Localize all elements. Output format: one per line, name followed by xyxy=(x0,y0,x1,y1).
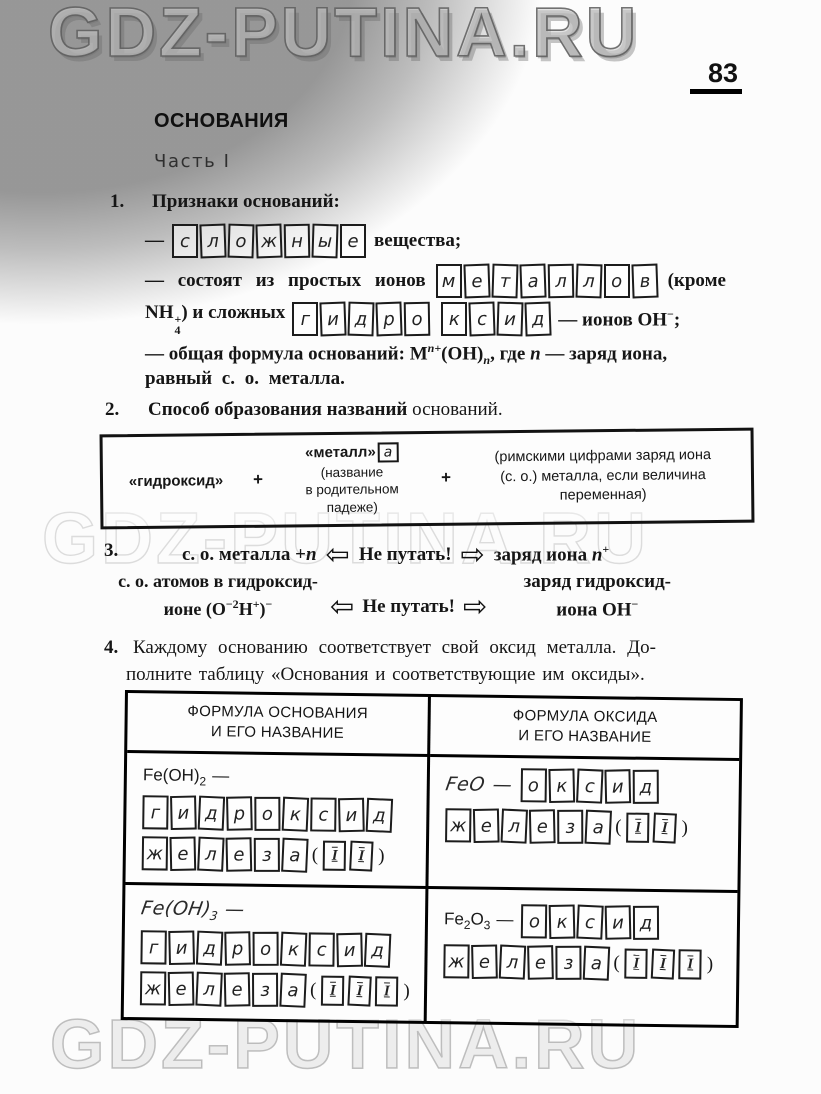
letter-box: д xyxy=(196,931,223,966)
letter-box: I xyxy=(321,976,344,1006)
answer-boxes-slozhnye: сложные xyxy=(172,224,366,258)
answer-boxes-zheleza-3: железа ( III ) xyxy=(140,971,416,1009)
letter-box: I xyxy=(679,950,702,980)
letter-box: I xyxy=(323,841,346,871)
naming-scheme-box: «гидроксид» + «металл»а (название в роди… xyxy=(100,428,755,530)
formula-feoh2: Fe(OH)2— xyxy=(143,765,419,791)
answer-boxes-ksid: ксид xyxy=(441,302,551,336)
letter-box: и xyxy=(320,302,347,337)
item3-row1-label: Не путать! xyxy=(359,544,452,566)
item1-line2: — состоят из простых ионов металлов (кро… xyxy=(145,264,726,298)
handwritten-feo-line: FeO — оксид xyxy=(446,767,731,805)
scheme-plus-2: + xyxy=(431,468,461,488)
item1-line2-text: — состоят из простых ионов xyxy=(145,270,426,292)
letter-box: д xyxy=(525,302,552,337)
letter-box: е xyxy=(529,809,556,844)
letter-box: к xyxy=(280,932,307,967)
item3-row1-right: заряд иона n+ xyxy=(494,542,609,566)
letter-box: д xyxy=(632,770,658,804)
letter-box: р xyxy=(224,931,251,966)
letter-box: р xyxy=(376,302,403,337)
letter-box: о xyxy=(521,905,547,939)
letter-box: и xyxy=(604,769,631,804)
letter-box: а xyxy=(281,838,308,873)
letter-box: л xyxy=(575,264,602,299)
answer-boxes-zheleza-2-right: железа ( II ) xyxy=(445,808,730,846)
table-cell-r2-oxide: Fe2O3— оксид железа ( III ) xyxy=(427,889,738,1025)
answer-boxes-gidroksid: гидроксид xyxy=(142,796,418,834)
letter-box: г xyxy=(142,796,168,830)
item4-text-line1: Каждому основанию соответствует свой окс… xyxy=(133,637,656,659)
letter-box: е xyxy=(527,946,554,981)
item1-line3-after: — ионов OH−; xyxy=(558,307,680,331)
roman-numeral-boxes: III xyxy=(320,976,399,1007)
letter-box: в xyxy=(631,264,658,299)
table-cell-r2-base: Fe(OH)3— гидроксид железа ( III ) xyxy=(124,885,429,1021)
letter-box: д xyxy=(366,798,393,833)
item3-row2-label: Не путать! xyxy=(362,596,455,618)
letter-box: о xyxy=(404,302,431,336)
letter-box: г xyxy=(292,302,318,336)
scheme-metal-block: «металл»а (название в родительном падеже… xyxy=(273,442,432,516)
roman-numeral-boxes: III xyxy=(624,949,703,980)
letter-box: е xyxy=(471,945,498,980)
letter-box: и xyxy=(170,796,197,831)
item4-number: 4. xyxy=(104,637,118,659)
item3-row2-left: с. о. атомов в гидроксид- ионе (O−2H+)− xyxy=(116,568,320,623)
item1-line1: — сложные вещества; xyxy=(145,224,461,258)
letter-box: е xyxy=(169,837,196,872)
letter-box: с xyxy=(469,302,496,337)
answer-boxes-metallov: металлов xyxy=(436,264,658,298)
item1-line3: NH+4) и сложных гидро ксид — ионов OH−; xyxy=(145,302,680,336)
table-cell-r1-oxide: FeO — оксид железа ( II ) xyxy=(428,757,739,893)
letter-box: ж xyxy=(443,945,469,979)
letter-box: с xyxy=(577,905,604,940)
letter-box: I xyxy=(375,976,398,1006)
page-title: ОСНОВАНИЯ xyxy=(154,110,289,133)
formula-fe2o3: Fe2O3— xyxy=(444,909,520,932)
item3-row2-right: заряд гидроксид- иона OH− xyxy=(497,568,697,623)
table-header-base: ФОРМУЛА ОСНОВАНИЯ И ЕГО НАЗВАНИЕ xyxy=(127,693,431,757)
scheme-plus-1: + xyxy=(243,470,273,490)
letter-box: о xyxy=(604,264,630,298)
right-arrow-icon: ⇨ xyxy=(463,592,487,621)
letter-box: н xyxy=(284,224,311,258)
letter-box: з xyxy=(555,946,581,980)
letter-box: л xyxy=(499,945,526,980)
letter-box: с xyxy=(308,933,334,967)
letter-box: т xyxy=(491,264,518,299)
scheme-metal-note1: (название xyxy=(273,463,431,482)
scheme-metal-title: «металл»а xyxy=(273,442,431,464)
item1-line5: равный с. о. металла. xyxy=(145,368,345,390)
letter-box: I xyxy=(653,813,677,844)
item2-heading: Способ образования названий оснований. xyxy=(148,399,503,421)
item1-line4: — общая формула оснований: Mn+(OH)n, где… xyxy=(145,341,667,368)
letter-box: л xyxy=(195,972,222,1007)
page-content: 83 ОСНОВАНИЯ Часть I 1. Признаки основан… xyxy=(0,0,821,1094)
scanned-workbook-page: GDZ-PUTINA.RU GDZ-PUTINA.RU GDZ-PUTINA.R… xyxy=(0,0,821,1094)
letter-box: к xyxy=(441,302,467,336)
letter-box: е xyxy=(473,808,500,843)
left-arrow-icon: ⇦ xyxy=(326,540,350,569)
item1-line1-text: вещества; xyxy=(374,230,461,252)
letter-box: р xyxy=(226,797,253,832)
letter-box: с xyxy=(576,769,603,804)
part-label: Часть I xyxy=(154,151,231,172)
bases-oxides-table: ФОРМУЛА ОСНОВАНИЯ И ЕГО НАЗВАНИЕ ФОРМУЛА… xyxy=(121,690,743,1028)
letter-box: д xyxy=(198,796,225,831)
letter-box: I xyxy=(348,976,372,1007)
letter-box: а xyxy=(519,264,546,299)
fe2o3-line: Fe2O3— оксид xyxy=(444,904,729,942)
scheme-metal-note2: в родительном xyxy=(273,480,431,499)
letter-box: I xyxy=(625,949,648,979)
letter-box: о xyxy=(520,768,546,802)
scheme-metal-note3: падеже) xyxy=(273,497,431,516)
letter-box: о xyxy=(227,224,254,259)
letter-box: ы xyxy=(311,224,338,259)
item3-row2: с. о. атомов в гидроксид- ионе (O−2H+)− … xyxy=(116,568,697,623)
letter-box: с xyxy=(172,224,198,258)
letter-box: ж xyxy=(255,224,282,259)
item2-number: 2. xyxy=(105,399,119,421)
page-number: 83 xyxy=(690,58,742,94)
letter-box: I xyxy=(626,813,649,843)
letter-box: и xyxy=(336,933,363,968)
letter-box: г xyxy=(140,930,166,964)
letter-box: о xyxy=(253,932,279,966)
letter-box: з xyxy=(557,810,583,844)
letter-box: а xyxy=(585,810,612,845)
letter-box: к xyxy=(549,905,576,940)
letter-box: д xyxy=(364,933,391,968)
metal-ending-box: а xyxy=(378,442,399,462)
letter-box: о xyxy=(254,797,280,831)
left-arrow-icon: ⇦ xyxy=(330,592,354,621)
letter-box: л xyxy=(199,224,226,259)
letter-box: ж xyxy=(142,837,168,871)
letter-box: ж xyxy=(140,971,166,1005)
formula-feoh3-handwritten: Fe(OH)3— xyxy=(141,898,417,926)
answer-boxes-oksid: оксид xyxy=(520,768,658,804)
letter-box: д xyxy=(633,906,659,940)
answer-boxes-oksid-2: оксид xyxy=(521,905,659,941)
answer-boxes-zheleza-2: железа ( II ) xyxy=(142,837,418,875)
answer-boxes-gidro: гидро xyxy=(292,302,430,336)
letter-box: л xyxy=(501,809,528,844)
letter-box: е xyxy=(463,264,490,299)
letter-box: з xyxy=(254,838,280,872)
item3-row1: с. о. металла +n ⇦ Не путать! ⇨ заряд ио… xyxy=(182,540,609,569)
item1-heading: Признаки оснований: xyxy=(152,191,340,213)
letter-box: ж xyxy=(445,808,471,842)
answer-boxes-gidroksid-2: гидроксид xyxy=(140,930,416,968)
letter-box: з xyxy=(252,973,278,1007)
letter-box: л xyxy=(547,264,574,298)
letter-box: к xyxy=(282,797,309,832)
letter-box: и xyxy=(168,931,195,966)
letter-box: I xyxy=(349,841,373,872)
letter-box: д xyxy=(348,302,375,337)
roman-numeral-boxes: II xyxy=(322,841,374,872)
letter-box: I xyxy=(651,949,675,980)
letter-box: м xyxy=(436,264,462,298)
letter-box: к xyxy=(548,768,575,803)
right-arrow-icon: ⇨ xyxy=(461,540,485,569)
item1-line2-after: (кроме xyxy=(668,270,726,292)
letter-box: е xyxy=(225,838,252,873)
item4-text-line2: полните таблицу «Основания и соответству… xyxy=(126,664,645,686)
letter-box: е xyxy=(168,972,195,1007)
item3-number: 3. xyxy=(104,540,118,562)
answer-boxes-zheleza-3-right: железа ( III ) xyxy=(443,945,728,983)
formula-feo-handwritten: FeO xyxy=(444,773,486,795)
letter-box: и xyxy=(605,906,632,941)
table-cell-r1-base: Fe(OH)2— гидроксид железа ( II ) xyxy=(125,753,430,889)
letter-box: л xyxy=(197,837,224,872)
scheme-hydroxide: «гидроксид» xyxy=(109,472,243,490)
letter-box: и xyxy=(338,798,365,833)
formula-nh4: NH+4) и сложных xyxy=(145,302,285,336)
item3-row1-left: с. о. металла +n xyxy=(182,544,317,566)
letter-box: е xyxy=(340,224,366,258)
letter-box: с xyxy=(310,798,336,832)
dash: — xyxy=(145,230,164,252)
letter-box: а xyxy=(279,973,306,1008)
item1-number: 1. xyxy=(110,191,124,213)
roman-numeral-boxes: II xyxy=(625,813,677,844)
table-header-oxide: ФОРМУЛА ОКСИДА И ЕГО НАЗВАНИЕ xyxy=(430,697,740,761)
item3-row2-middle: ⇦ Не путать! ⇨ xyxy=(330,592,487,621)
letter-box: и xyxy=(497,302,524,337)
letter-box: а xyxy=(583,946,610,981)
letter-box: е xyxy=(224,972,251,1007)
scheme-roman-note: (римскими цифрами заряд иона (с. о.) мет… xyxy=(461,446,746,507)
